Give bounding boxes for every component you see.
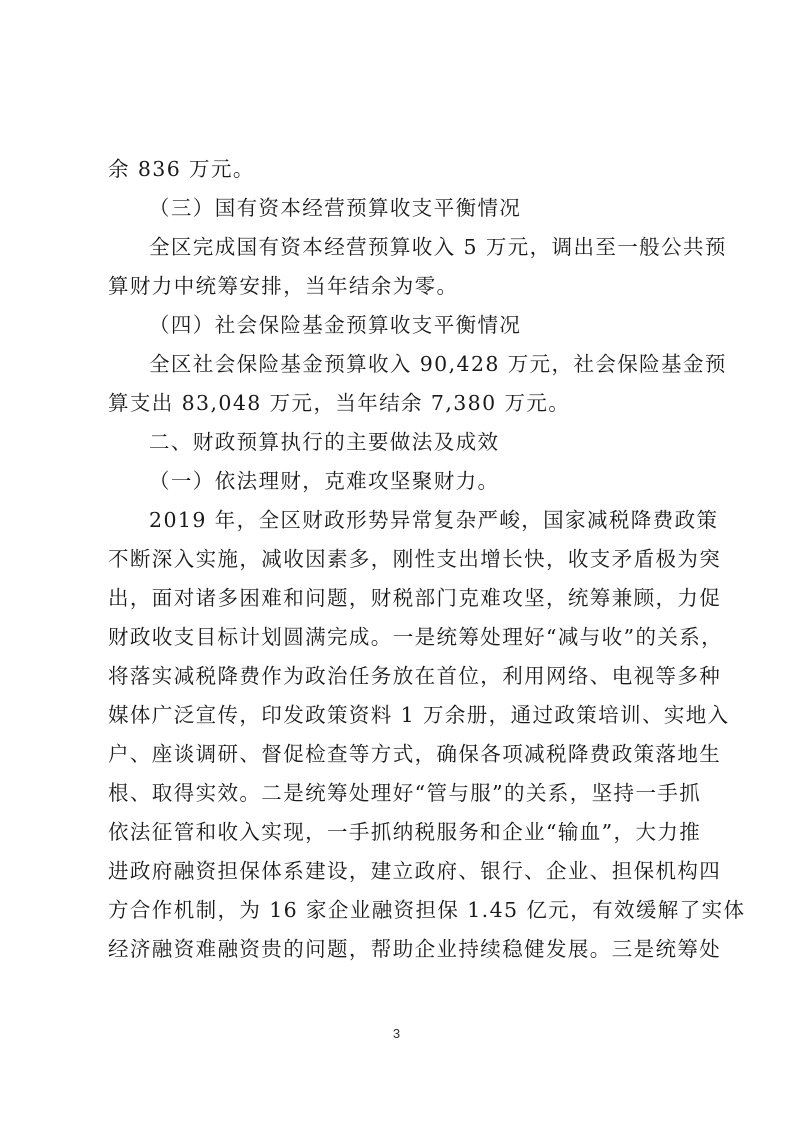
text-line: 余 836 万元。	[108, 150, 698, 189]
document-body: 余 836 万元。 （三）国有资本经营预算收支平衡情况 全区完成国有资本经营预算…	[108, 150, 698, 969]
text-line: 进政府融资担保体系建设，建立政府、银行、企业、担保机构四	[108, 852, 698, 891]
text-line: 根、取得实效。二是统筹处理好“管与服”的关系，坚持一手抓	[108, 774, 698, 813]
text-line: 经济融资难融资贵的问题，帮助企业持续稳健发展。三是统筹处	[108, 930, 698, 969]
section-heading-social-insurance: （四）社会保险基金预算收支平衡情况	[108, 306, 698, 345]
page-number: 3	[0, 1026, 793, 1041]
section-heading-main-practices: 二、财政预算执行的主要做法及成效	[108, 423, 698, 462]
text-line: 方合作机制，为 16 家企业融资担保 1.45 亿元，有效缓解了实体	[108, 891, 698, 930]
text-line: 算支出 83,048 万元，当年结余 7,380 万元。	[108, 384, 698, 423]
text-line: 全区完成国有资本经营预算收入 5 万元，调出至一般公共预	[108, 228, 698, 267]
text-line: 不断深入实施，减收因素多，刚性支出增长快，收支矛盾极为突	[108, 540, 698, 579]
text-line: 算财力中统筹安排，当年结余为零。	[108, 267, 698, 306]
subsection-heading-lawful-finance: （一）依法理财，克难攻坚聚财力。	[108, 462, 698, 501]
text-line: 媒体广泛宣传，印发政策资料 1 万余册，通过政策培训、实地入	[108, 696, 698, 735]
text-line: 户、座谈调研、督促检查等方式，确保各项减税降费政策落地生	[108, 735, 698, 774]
text-line: 2019 年，全区财政形势异常复杂严峻，国家减税降费政策	[108, 501, 698, 540]
text-line: 全区社会保险基金预算收入 90,428 万元，社会保险基金预	[108, 345, 698, 384]
section-heading-state-capital: （三）国有资本经营预算收支平衡情况	[108, 189, 698, 228]
text-line: 财政收支目标计划圆满完成。一是统筹处理好“减与收”的关系，	[108, 618, 698, 657]
text-line: 出，面对诸多困难和问题，财税部门克难攻坚，统筹兼顾，力促	[108, 579, 698, 618]
text-line: 将落实减税降费作为政治任务放在首位，利用网络、电视等多种	[108, 657, 698, 696]
text-line: 依法征管和收入实现，一手抓纳税服务和企业“输血”，大力推	[108, 813, 698, 852]
